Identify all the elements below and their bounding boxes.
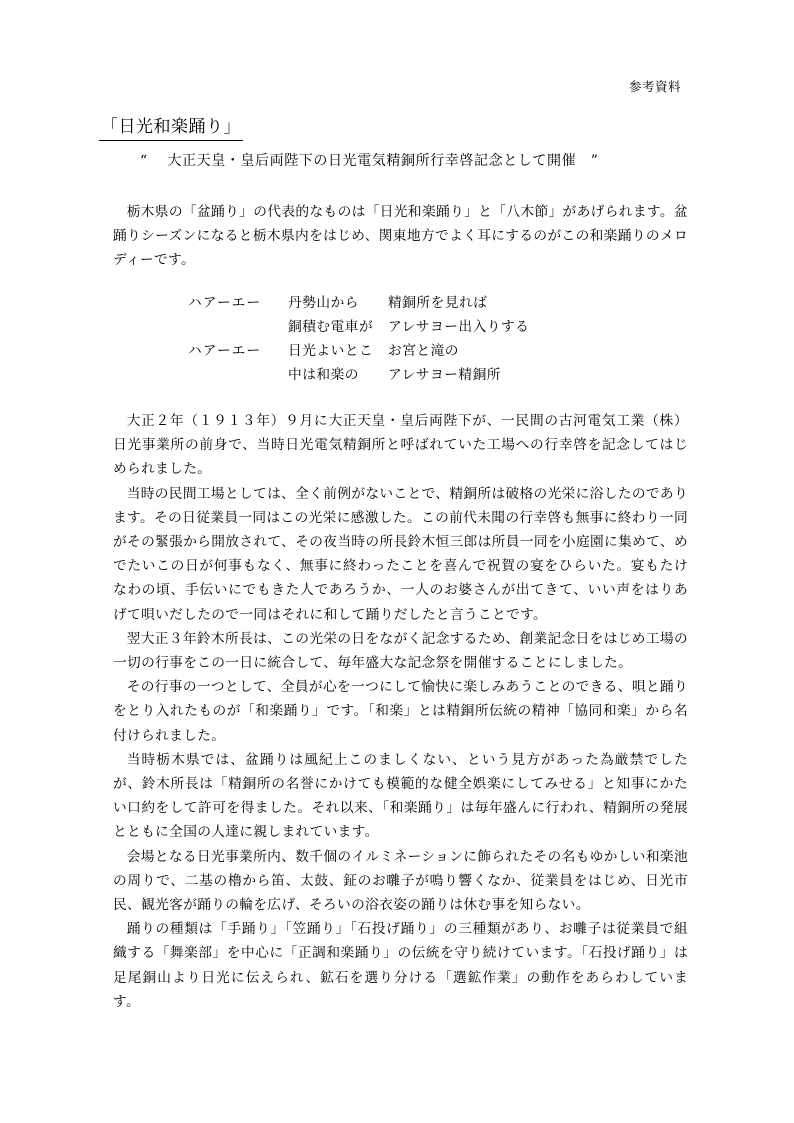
intro-paragraph: 栃木県の「盆踊り」の代表的なものは「日光和楽踊り」と「八木節」があげられます。盆… bbox=[113, 200, 688, 273]
song-lyrics: ハアーエー 丹勢山から 精銅所を見れば 銅積む電車が アレサヨー出入りする ハア… bbox=[188, 291, 529, 387]
intro-section: 栃木県の「盆踊り」の代表的なものは「日光和楽踊り」と「八木節」があげられます。盆… bbox=[113, 200, 688, 273]
song-line: 銅積む電車が アレサヨー出入りする bbox=[188, 315, 529, 339]
song-line: 中は和楽の アレサヨー精銅所 bbox=[188, 363, 529, 387]
song-phrase-2: アレサヨー出入りする bbox=[388, 315, 529, 339]
history-paragraph-permission: 当時栃木県では、盆踊りは風紀上このましくない、という見方があった為厳禁でしたが、… bbox=[113, 748, 688, 845]
history-paragraph-naming: その行事の一つとして、全員が心を一つにして愉快に楽しみあうことのできる、唄と踊り… bbox=[113, 675, 688, 748]
history-paragraph-dance-types: 踊りの種類は「手踊り」「笠踊り」「石投げ踊り」の三種類があり、お囃子は従業員で組… bbox=[113, 917, 688, 1014]
history-section: 大正２年（１９１３年）９月に大正天皇・皇后両陛下が、一民間の古河電気工業（株）日… bbox=[113, 409, 688, 1014]
song-call: ハアーエー bbox=[188, 291, 288, 315]
document-subtitle: “ 大正天皇・皇后両陛下の日光電気精銅所行幸啓記念として開催 ” bbox=[140, 151, 599, 171]
history-paragraph-celebration: 当時の民間工場としては、全く前例がないことで、精銅所は破格の光栄に浴したのであり… bbox=[113, 482, 688, 627]
song-line: ハアーエー 日光よいとこ お宮と滝の bbox=[188, 339, 529, 363]
song-phrase-1: 日光よいとこ bbox=[288, 339, 388, 363]
document-page: 参考資料 「日光和楽踊り」 “ 大正天皇・皇后両陛下の日光電気精銅所行幸啓記念と… bbox=[0, 0, 794, 1123]
reference-label: 参考資料 bbox=[629, 79, 681, 95]
song-call bbox=[188, 363, 288, 387]
song-phrase-1: 銅積む電車が bbox=[288, 315, 388, 339]
song-call bbox=[188, 315, 288, 339]
song-line: ハアーエー 丹勢山から 精銅所を見れば bbox=[188, 291, 529, 315]
song-phrase-2: アレサヨー精銅所 bbox=[388, 363, 501, 387]
song-phrase-2: お宮と滝の bbox=[388, 339, 459, 363]
song-phrase-1: 丹勢山から bbox=[288, 291, 388, 315]
history-paragraph-venue: 会場となる日光事業所内、数千個のイルミネーションに飾られたその名もゆかしい和楽池… bbox=[113, 845, 688, 918]
document-title: 「日光和楽踊り」 bbox=[99, 116, 243, 141]
history-paragraph-origin: 大正２年（１９１３年）９月に大正天皇・皇后両陛下が、一民間の古河電気工業（株）日… bbox=[113, 409, 688, 482]
history-paragraph-festival: 翌大正３年鈴木所長は、この光栄の日をながく記念するため、創業記念日をはじめ工場の… bbox=[113, 627, 688, 675]
song-phrase-1: 中は和楽の bbox=[288, 363, 388, 387]
song-call: ハアーエー bbox=[188, 339, 288, 363]
song-phrase-2: 精銅所を見れば bbox=[388, 291, 487, 315]
